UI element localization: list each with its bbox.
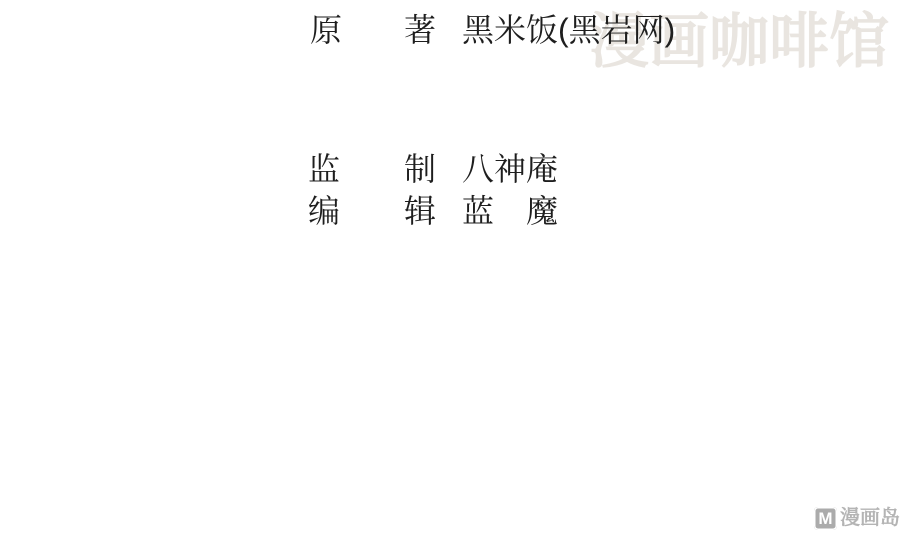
credit-row-supervisor: 监 制 八神庵 [0, 152, 900, 188]
supervisor-value: 八神庵 [462, 152, 558, 186]
credits-page: 漫画咖啡馆 原 著 黑米饭(黑岩网) 监 制 八神庵 编 辑 蓝 魔 M 漫画岛 [0, 0, 900, 533]
editor-value: 蓝 魔 [462, 194, 558, 228]
logo-m-icon: M [814, 507, 837, 530]
author-value: 黑米饭(黑岩网) [462, 13, 675, 47]
manhuadao-logo: M 漫画岛 [814, 506, 900, 531]
credit-row-editor: 编 辑 蓝 魔 [0, 194, 900, 230]
credit-row-author: 原 著 黑米饭(黑岩网) [0, 13, 900, 49]
editor-label-second-char: 辑 [404, 194, 436, 228]
author-label-second-char: 著 [404, 13, 436, 47]
author-label-first-char: 原 [310, 13, 342, 47]
logo-site-name: 漫画岛 [840, 506, 900, 531]
supervisor-label-first-char: 监 [308, 152, 340, 186]
editor-label-first-char: 编 [308, 194, 340, 228]
supervisor-label-second-char: 制 [404, 152, 436, 186]
